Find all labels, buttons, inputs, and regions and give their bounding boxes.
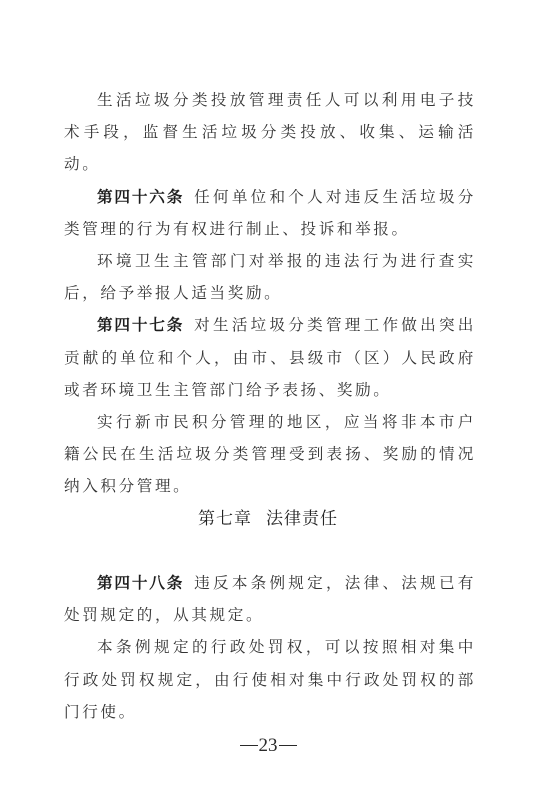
article-label: 第四十七条 <box>97 316 184 334</box>
article-47: 第四十七条对生活垃圾分类管理工作做出突出贡献的单位和个人，由市、县级市（区）人民… <box>64 309 476 406</box>
document-body-section-2: 第四十八条违反本条例规定，法律、法规已有处罚规定的，从其规定。 本条例规定的行政… <box>64 567 476 728</box>
paragraph-text: 环境卫生主管部门对举报的违法行为进行查实后，给予举报人适当奖励。 <box>64 252 476 302</box>
page-number: 23 <box>0 733 536 759</box>
document-body-section-1: 生活垃圾分类投放管理责任人可以利用电子技术手段，监督生活垃圾分类投放、收集、运输… <box>64 84 476 503</box>
paragraph-text: 实行新市民积分管理的地区，应当将非本市户籍公民在生活垃圾分类管理受到表扬、奖励的… <box>64 413 476 495</box>
chapter-heading: 第七章法律责任 <box>0 505 536 533</box>
dash-right-decoration <box>279 745 297 746</box>
dash-left-decoration <box>240 745 258 746</box>
chapter-number: 第七章 <box>198 509 252 529</box>
chapter-title: 法律责任 <box>266 509 338 529</box>
paragraph-e-monitoring: 生活垃圾分类投放管理责任人可以利用电子技术手段，监督生活垃圾分类投放、收集、运输… <box>64 84 476 181</box>
paragraph-centralized-penalty: 本条例规定的行政处罚权，可以按照相对集中行政处罚权规定，由行使相对集中行政处罚权… <box>64 631 476 728</box>
paragraph-points-management: 实行新市民积分管理的地区，应当将非本市户籍公民在生活垃圾分类管理受到表扬、奖励的… <box>64 406 476 503</box>
article-48: 第四十八条违反本条例规定，法律、法规已有处罚规定的，从其规定。 <box>64 567 476 631</box>
paragraph-text: 本条例规定的行政处罚权，可以按照相对集中行政处罚权规定，由行使相对集中行政处罚权… <box>64 638 476 720</box>
article-46: 第四十六条任何单位和个人对违反生活垃圾分类管理的行为有权进行制止、投诉和举报。 <box>64 181 476 245</box>
paragraph-report-reward: 环境卫生主管部门对举报的违法行为进行查实后，给予举报人适当奖励。 <box>64 245 476 309</box>
article-label: 第四十八条 <box>97 574 184 592</box>
paragraph-text: 生活垃圾分类投放管理责任人可以利用电子技术手段，监督生活垃圾分类投放、收集、运输… <box>64 91 476 173</box>
page-number-value: 23 <box>259 735 278 756</box>
article-label: 第四十六条 <box>97 188 184 206</box>
